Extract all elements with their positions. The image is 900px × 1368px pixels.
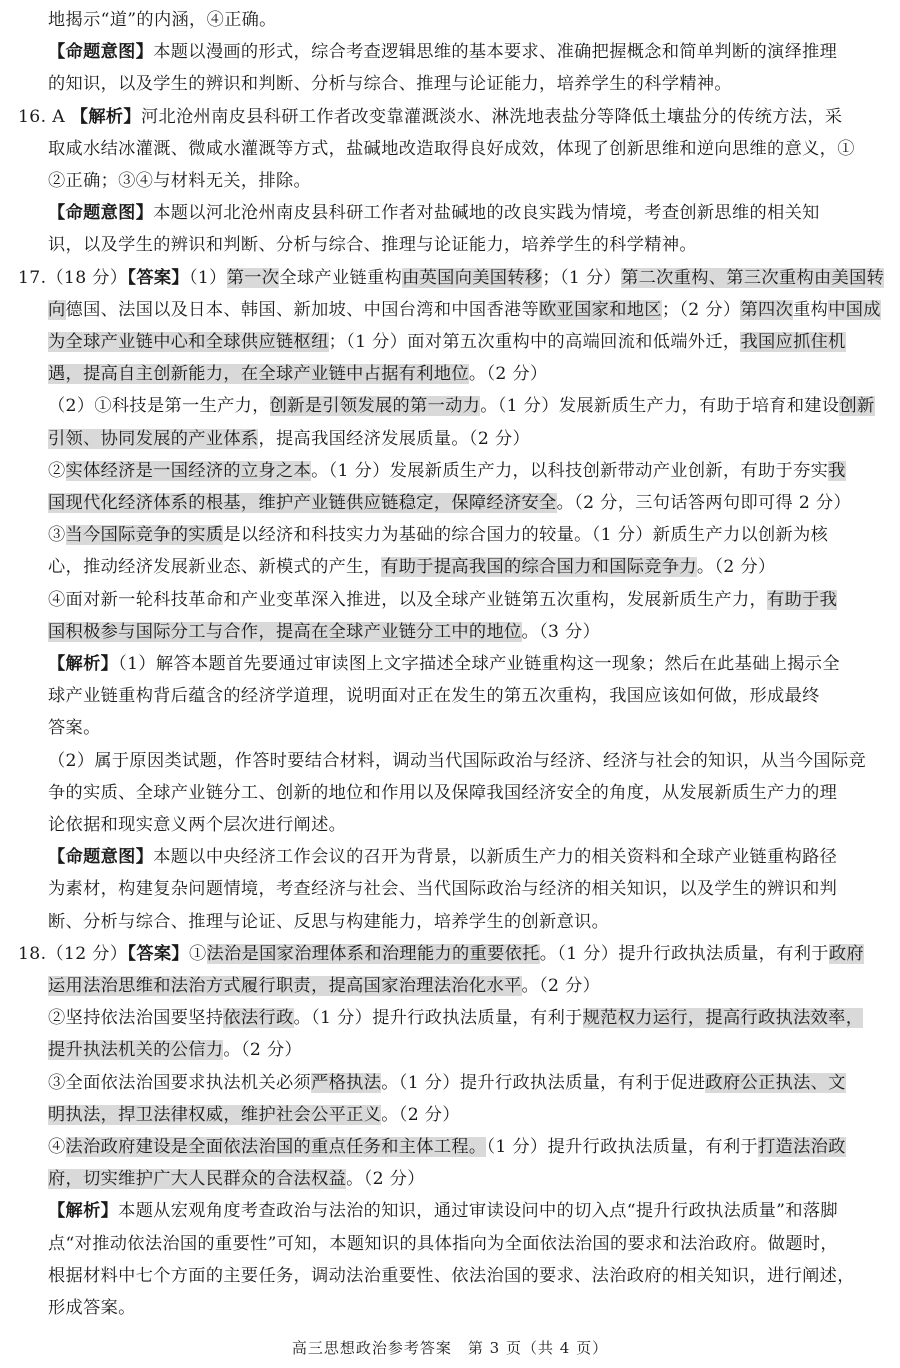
text-segment: （1） xyxy=(189,268,227,288)
text-line: 地揭示“道”的内涵，④正确。 xyxy=(48,8,890,32)
answer-key-page: 地揭示“道”的内涵，④正确。【命题意图】本题以漫画的形式，综合考查逻辑思维的基本… xyxy=(0,0,900,1368)
text-segment: 。（2 分） xyxy=(223,1040,302,1060)
text-segment: ，提高我国经济发展质量。（2 分） xyxy=(258,429,530,449)
text-segment: 争的实质、全球产业链分工、创新的地位和作用以及保障我国经济安全的角度，从发展新质… xyxy=(48,783,837,803)
text-segment: 。（1 分）发展新质生产力，以科技创新带动产业创新，有助于夯实 xyxy=(311,461,828,481)
text-line: 为全球产业链中心和全球供应链枢纽；（1 分）面对第五次重构中的高端回流和低端外迁… xyxy=(48,330,890,354)
text-segment: ④面对新一轮科技革命和产业变革深入推进，以及全球产业链第五次重构，发展新质生产力… xyxy=(48,590,767,610)
text-segment: 德国、法国以及日本、韩国、新加坡、中国台湾和中国香港等 xyxy=(66,300,540,320)
text-segment: 河北沧州南皮县科研工作者改变靠灌溉淡水、淋洗地表盐分等降低土壤盐分的传统方法，采 xyxy=(141,107,843,127)
highlighted-answer: 国积极参与国际分工与合作，提高在全球产业链分工中的地位 xyxy=(48,622,522,642)
text-line: 点“对推动依法治国的重要性”可知，本题知识的具体指向为全面依法治国的要求和法治政… xyxy=(48,1232,890,1256)
text-segment: 。（1 分）发展新质生产力，有助于培育和建设 xyxy=(480,396,839,416)
text-segment: 本题从宏观角度考查政治与法治的知识，通过审读设问中的切入点“提升行政执法质量”和… xyxy=(118,1201,838,1221)
text-segment: ；（1 分） xyxy=(542,268,621,288)
text-segment: （2）①科技是第一生产力， xyxy=(48,396,270,416)
text-segment: 断、分析与综合、推理与论证、反思与构建能力，培养学生的创新意识。 xyxy=(48,912,609,932)
text-line: 18.（12 分）【答案】①法治是国家治理体系和治理能力的重要依托。（1 分）提… xyxy=(18,942,860,966)
highlighted-answer: 由英国向美国转移 xyxy=(402,268,542,288)
text-segment: 。（1 分）提升行政执法质量，有利于促进 xyxy=(381,1073,705,1093)
text-segment: 16. A xyxy=(18,107,71,127)
highlighted-answer: 第一次 xyxy=(227,268,280,288)
text-line: ③当今国际竞争的实质是以经济和科技实力为基础的综合国力的较量。（1 分）新质生产… xyxy=(48,523,890,547)
text-segment: 。（2 分） xyxy=(469,364,548,384)
highlighted-answer: 创新是引领发展的第一动力 xyxy=(270,396,480,416)
text-line: 【命题意图】本题以漫画的形式，综合考查逻辑思维的基本要求、准确把握概念和简单判断… xyxy=(48,40,890,64)
text-line: 根据材料中七个方面的主要任务，调动法治重要性、依法治国的要求、法治政府的相关知识… xyxy=(48,1264,890,1288)
highlighted-answer: 规范权力运行，提高行政执法效率， xyxy=(583,1008,864,1028)
text-segment: 根据材料中七个方面的主要任务，调动法治重要性、依法治国的要求、法治政府的相关知识… xyxy=(48,1266,855,1286)
text-segment: 。（1 分）提升行政执法质量，有利于 xyxy=(294,1008,583,1028)
text-segment: 形成答案。 xyxy=(48,1298,136,1318)
text-segment: 17.（18 分） xyxy=(18,268,127,288)
text-line: ③全面依法治国要求执法机关必须严格执法。（1 分）提升行政执法质量，有利于促进政… xyxy=(48,1071,890,1095)
text-line: （2）属于原因类试题，作答时要结合材料，调动当代国际政治与经济、经济与社会的知识… xyxy=(48,749,890,773)
text-segment: ① xyxy=(189,944,207,964)
highlighted-answer: 当今国际竞争的实质 xyxy=(66,525,224,545)
text-line: ②正确；③④与材料无关，排除。 xyxy=(48,169,890,193)
section-label: 【解析】 xyxy=(48,654,118,674)
text-segment: 心，推动经济发展新业态、新模式的产生， xyxy=(48,557,381,577)
highlighted-answer: 我国应抓住机 xyxy=(740,332,845,352)
text-segment: ；（1 分）面对第五次重构中的高端回流和低端外迁， xyxy=(329,332,741,352)
highlighted-answer: 政府 xyxy=(829,944,864,964)
highlighted-answer: 第二次重构、第三次重构由美国转 xyxy=(621,268,884,288)
text-line: 断、分析与综合、推理与论证、反思与构建能力，培养学生的创新意识。 xyxy=(48,910,890,934)
text-line: ②坚持依法治国要坚持依法行政。（1 分）提升行政执法质量，有利于规范权力运行，提… xyxy=(48,1006,890,1030)
text-segment: 答案。 xyxy=(48,718,101,738)
highlighted-answer: 运用法治思维和法治方式履行职责，提高国家治理法治化水平 xyxy=(48,976,522,996)
text-line: 向德国、法国以及日本、韩国、新加坡、中国台湾和中国香港等欧亚国家和地区；（2 分… xyxy=(48,298,890,322)
text-segment: 球产业链重构背后蕴含的经济学道理，说明面对正在发生的第五次重构，我国应该如何做，… xyxy=(48,686,820,706)
text-segment: ；（2 分） xyxy=(662,300,741,320)
highlighted-answer: 中国成 xyxy=(828,300,881,320)
text-line: 运用法治思维和法治方式履行职责，提高国家治理法治化水平。（2 分） xyxy=(48,974,890,998)
text-segment: ②正确；③④与材料无关，排除。 xyxy=(48,171,311,191)
highlighted-answer: 我 xyxy=(828,461,846,481)
text-line: 争的实质、全球产业链分工、创新的地位和作用以及保障我国经济安全的角度，从发展新质… xyxy=(48,781,890,805)
highlighted-answer: 国现代化经济体系的根基，维护产业链供应链稳定，保障经济安全 xyxy=(48,493,557,513)
text-segment: 是以经济和科技实力为基础的综合国力的较量。（1 分）新质生产力以创新为核 xyxy=(223,525,828,545)
highlighted-answer: 为全球产业链中心和全球供应链枢纽 xyxy=(48,332,329,352)
text-segment: 重构 xyxy=(793,300,828,320)
text-line: ④面对新一轮科技革命和产业变革深入推进，以及全球产业链第五次重构，发展新质生产力… xyxy=(48,588,890,612)
text-segment: 。（3 分） xyxy=(522,622,601,642)
text-line: 心，推动经济发展新业态、新模式的产生，有助于提高我国的综合国力和国际竞争力。（2… xyxy=(48,555,890,579)
text-segment: 。（2 分） xyxy=(346,1169,425,1189)
text-segment: ② xyxy=(48,461,66,481)
section-label: 【解析】 xyxy=(48,1201,118,1221)
text-line: 明执法，捍卫法律权威，维护社会公平正义。（2 分） xyxy=(48,1103,890,1127)
text-line: 【命题意图】本题以中央经济工作会议的召开为背景，以新质生产力的相关资料和全球产业… xyxy=(48,845,890,869)
section-label: 【答案】 xyxy=(127,944,189,964)
text-line: 17.（18 分）【答案】（1）第一次全球产业链重构由英国向美国转移；（1 分）… xyxy=(18,266,860,290)
text-segment: 全球产业链重构 xyxy=(279,268,402,288)
highlighted-answer: 法治政府建设是全面依法治国的重点任务和主体工程。 xyxy=(66,1137,487,1157)
text-line: 国现代化经济体系的根基，维护产业链供应链稳定，保障经济安全。（2 分，三句话答两… xyxy=(48,491,890,515)
text-segment: ③全面依法治国要求执法机关必须 xyxy=(48,1073,311,1093)
text-line: 识，以及学生的辨识和判断、分析与综合、推理与论证能力，培养学生的科学精神。 xyxy=(48,233,890,257)
text-segment: 本题以中央经济工作会议的召开为背景，以新质生产力的相关资料和全球产业链重构路径 xyxy=(153,847,837,867)
text-segment: ③ xyxy=(48,525,66,545)
text-segment: 取咸水结冰灌溉、微咸水灌溉等方式，盐碱地改造取得良好成效，体现了创新思维和逆向思… xyxy=(48,139,855,159)
text-line: 【命题意图】本题以河北沧州南皮县科研工作者对盐碱地的改良实践为情境，考查创新思维… xyxy=(48,201,890,225)
text-line: 答案。 xyxy=(48,716,890,740)
highlighted-answer: 政府公正执法、文 xyxy=(705,1073,845,1093)
highlighted-answer: 第四次 xyxy=(740,300,793,320)
text-segment: （2）属于原因类试题，作答时要结合材料，调动当代国际政治与经济、经济与社会的知识… xyxy=(48,751,866,771)
text-line: 【解析】（1）解答本题首先要通过审读图上文字描述全球产业链重构这一现象；然后在此… xyxy=(48,652,890,676)
text-segment: 本题以漫画的形式，综合考查逻辑思维的基本要求、准确把握概念和简单判断的演绎推理 xyxy=(153,42,837,62)
text-segment: 论依据和现实意义两个层次进行阐述。 xyxy=(48,815,346,835)
text-line: 引领、协同发展的产业体系，提高我国经济发展质量。（2 分） xyxy=(48,427,890,451)
highlighted-answer: 法治是国家治理体系和治理能力的重要依托 xyxy=(207,944,540,964)
section-label: 【命题意图】 xyxy=(48,847,153,867)
page-footer: 高三思想政治参考答案 第 3 页（共 4 页） xyxy=(0,1337,900,1358)
highlighted-answer: 欧亚国家和地区 xyxy=(539,300,662,320)
text-segment: 。（2 分） xyxy=(522,976,601,996)
text-line: ④法治政府建设是全面依法治国的重点任务和主体工程。（1 分）提升行政执法质量，有… xyxy=(48,1135,890,1159)
text-segment: 。（2 分） xyxy=(697,557,776,577)
text-line: 提升执法机关的公信力。（2 分） xyxy=(48,1038,890,1062)
highlighted-answer: 府，切实维护广大人民群众的合法权益 xyxy=(48,1169,346,1189)
text-line: 球产业链重构背后蕴含的经济学道理，说明面对正在发生的第五次重构，我国应该如何做，… xyxy=(48,684,890,708)
text-segment: 点“对推动依法治国的重要性”可知，本题知识的具体指向为全面依法治国的要求和法治政… xyxy=(48,1234,838,1254)
text-segment: ④ xyxy=(48,1137,66,1157)
text-segment: （1）解答本题首先要通过审读图上文字描述全球产业链重构这一现象；然后在此基础上揭… xyxy=(118,654,840,674)
highlighted-answer: 严格执法 xyxy=(311,1073,381,1093)
highlighted-answer: 明执法，捍卫法律权威，维护社会公平正义 xyxy=(48,1105,381,1125)
highlighted-answer: 引领、协同发展的产业体系 xyxy=(48,429,258,449)
text-segment: 。（2 分，三句话答两句即可得 2 分） xyxy=(557,493,851,513)
text-line: 为素材，构建复杂问题情境，考查经济与社会、当代国际政治与经济的相关知识，以及学生… xyxy=(48,877,890,901)
text-segment: 。（1 分）提升行政执法质量，有利于 xyxy=(540,944,829,964)
text-segment: 18.（12 分） xyxy=(18,944,127,964)
text-line: 【解析】本题从宏观角度考查政治与法治的知识，通过审读设问中的切入点“提升行政执法… xyxy=(48,1199,890,1223)
highlighted-answer: 向 xyxy=(48,300,66,320)
highlighted-answer: 创新 xyxy=(839,396,874,416)
text-line: 16. A 【解析】河北沧州南皮县科研工作者改变靠灌溉淡水、淋洗地表盐分等降低土… xyxy=(18,105,860,129)
highlighted-answer: 有助于我 xyxy=(767,590,837,610)
text-line: 论依据和现实意义两个层次进行阐述。 xyxy=(48,813,890,837)
highlighted-answer: 打造法治政 xyxy=(758,1137,846,1157)
text-line: 形成答案。 xyxy=(48,1296,890,1320)
section-label: 【命题意图】 xyxy=(48,203,153,223)
highlighted-answer: 依法行政 xyxy=(223,1008,293,1028)
text-segment: ②坚持依法治国要坚持 xyxy=(48,1008,223,1028)
text-segment: 本题以河北沧州南皮县科研工作者对盐碱地的改良实践为情境，考查创新思维的相关知 xyxy=(153,203,819,223)
text-line: 府，切实维护广大人民群众的合法权益。（2 分） xyxy=(48,1167,890,1191)
section-label: 【命题意图】 xyxy=(48,42,153,62)
text-line: 遇，提高自主创新能力，在全球产业链中占据有利地位。（2 分） xyxy=(48,362,890,386)
highlighted-answer: 有助于提高我国的综合国力和国际竞争力 xyxy=(381,557,697,577)
text-segment: 识，以及学生的辨识和判断、分析与综合、推理与论证能力，培养学生的科学精神。 xyxy=(48,235,697,255)
text-segment: 的知识，以及学生的辨识和判断、分析与综合、推理与论证能力，培养学生的科学精神。 xyxy=(48,74,732,94)
text-line: （2）①科技是第一生产力，创新是引领发展的第一动力。（1 分）发展新质生产力，有… xyxy=(48,394,890,418)
text-line: 的知识，以及学生的辨识和判断、分析与综合、推理与论证能力，培养学生的科学精神。 xyxy=(48,72,890,96)
text-segment: 地揭示“道”的内涵，④正确。 xyxy=(48,10,277,30)
highlighted-answer: 实体经济是一国经济的立身之本 xyxy=(66,461,312,481)
text-line: 取咸水结冰灌溉、微咸水灌溉等方式，盐碱地改造取得良好成效，体现了创新思维和逆向思… xyxy=(48,137,890,161)
text-segment: （1 分）提升行政执法质量，有利于 xyxy=(486,1137,758,1157)
text-segment: 为素材，构建复杂问题情境，考查经济与社会、当代国际政治与经济的相关知识，以及学生… xyxy=(48,879,837,899)
text-line: ②实体经济是一国经济的立身之本。（1 分）发展新质生产力，以科技创新带动产业创新… xyxy=(48,459,890,483)
text-line: 国积极参与国际分工与合作，提高在全球产业链分工中的地位。（3 分） xyxy=(48,620,890,644)
section-label: 【答案】 xyxy=(127,268,189,288)
text-segment: 。（2 分） xyxy=(381,1105,460,1125)
highlighted-answer: 提升执法机关的公信力 xyxy=(48,1040,223,1060)
section-label: 【解析】 xyxy=(71,107,141,127)
highlighted-answer: 遇，提高自主创新能力，在全球产业链中占据有利地位 xyxy=(48,364,469,384)
